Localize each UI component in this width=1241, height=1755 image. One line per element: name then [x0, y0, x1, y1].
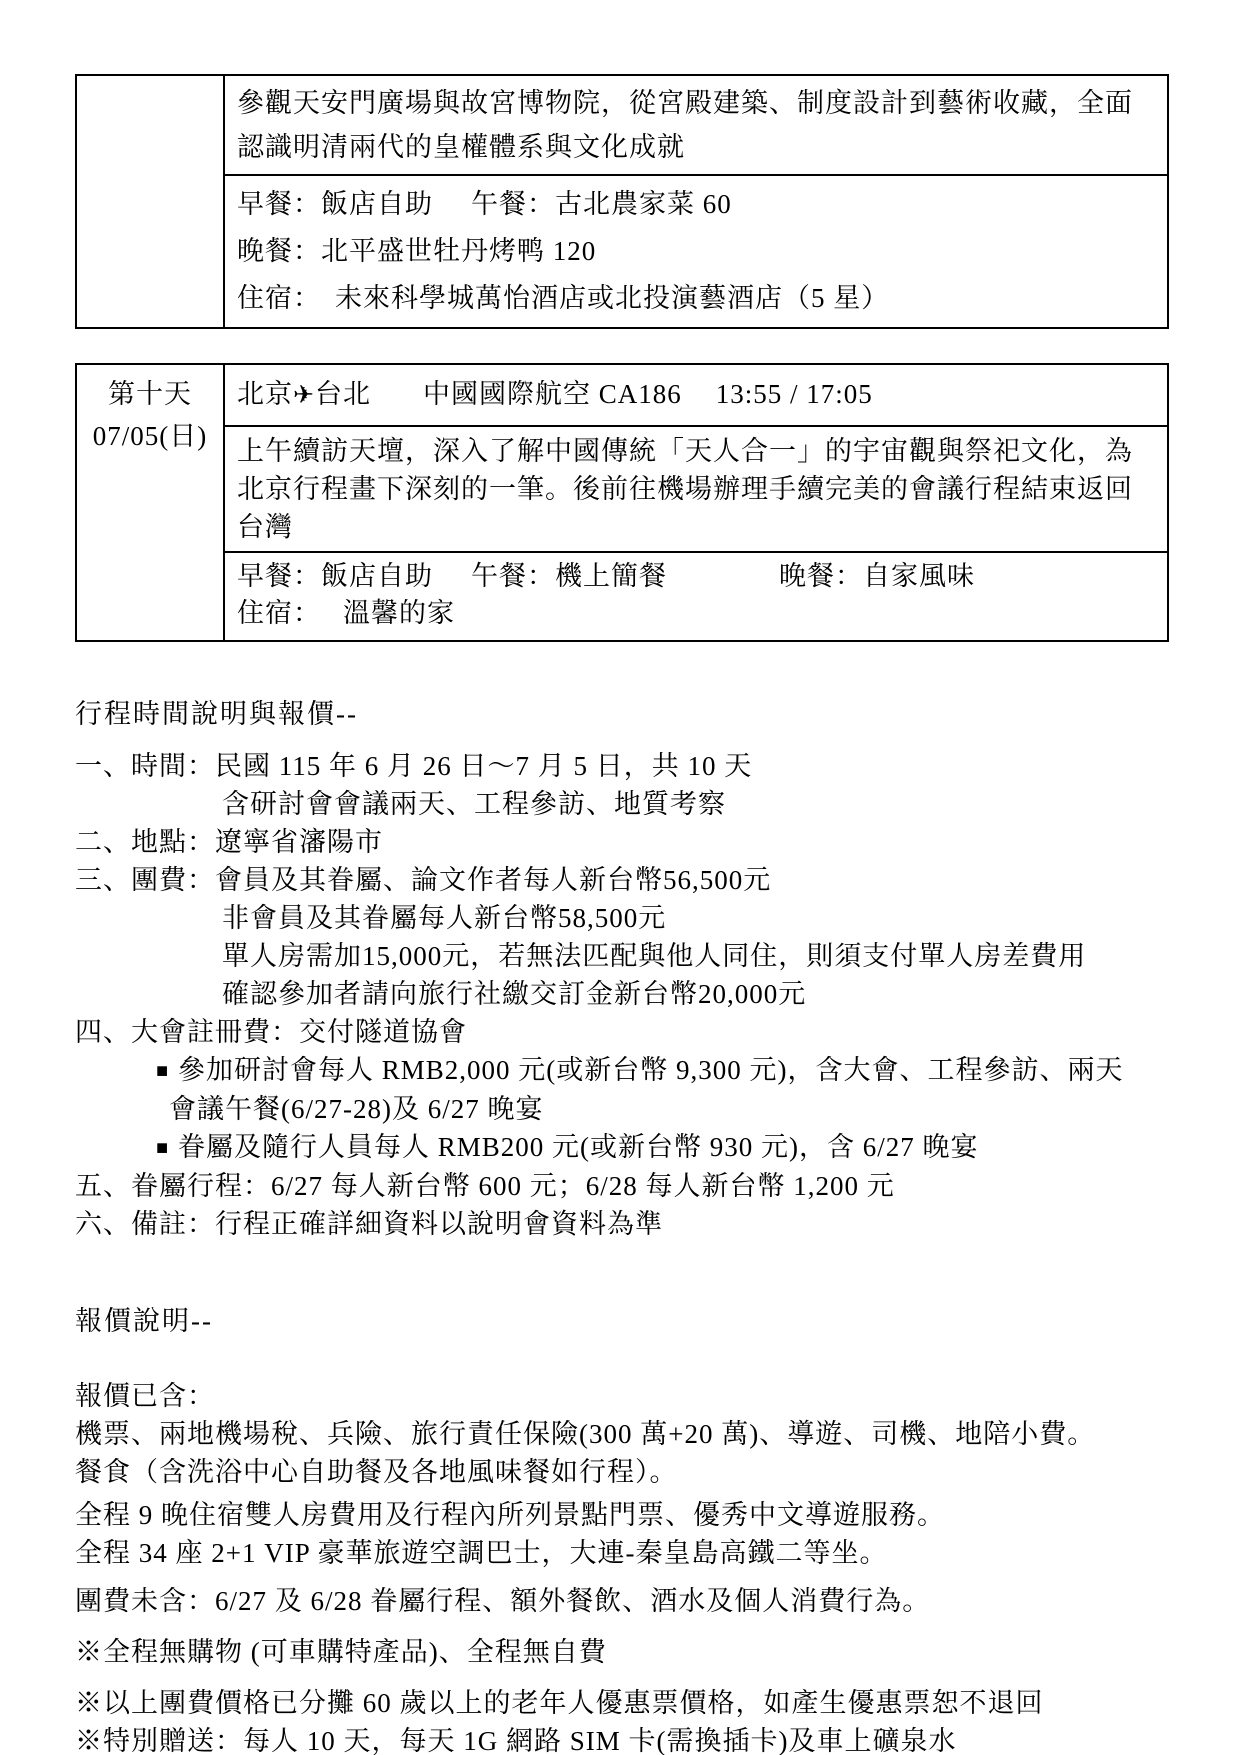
day9-meal-line-1: 早餐：飯店自助午餐：古北農家菜 60: [237, 181, 1155, 228]
day10-lodging-line: 住宿：溫馨的家: [237, 595, 1155, 632]
square-bullet-icon: ■: [156, 1129, 178, 1167]
trip-info-section: 行程時間說明與報價-- 一、時間：民國 115 年 6 月 26 日～7 月 5…: [75, 694, 1167, 1243]
trip-info-line-reg-family: ■眷屬及隨行人員每人 RMB200 元(或新台幣 930 元)，含 6/27 晚…: [156, 1128, 1167, 1167]
pricing-section: 報價說明-- 報價已含： 機票、兩地機場稅、兵險、旅行責任保險(300 萬+20…: [75, 1301, 1167, 1755]
pricing-included-title: 報價已含：: [75, 1377, 1167, 1415]
pricing-note-senior-discount: ※以上團費價格已分攤 60 歲以上的老年人優惠票價格，如產生優惠票恕不退回: [75, 1684, 1167, 1722]
day9-lodging-line: 住宿：未來科學城萬怡酒店或北投演藝酒店（5 星）: [237, 275, 1155, 322]
day9-meals-cell: 早餐：飯店自助午餐：古北農家菜 60 晚餐：北平盛世牡丹烤鸭 120 住宿：未來…: [224, 175, 1168, 328]
pricing-included-meals: 餐食（含洗浴中心自助餐及各地風味餐如行程）。: [75, 1453, 1167, 1491]
trip-info-line-time-sub: 含研討會會議兩天、工程參訪、地質考察: [222, 785, 1167, 823]
flight-airline: 中國國際航空 CA186: [423, 379, 682, 409]
trip-info-line-registration: 四、大會註冊費：交付隧道協會: [75, 1013, 1167, 1051]
trip-info-line-reg-attendee: ■參加研討會每人 RMB2,000 元(或新台幣 9,300 元)，含大會、工程…: [156, 1051, 1167, 1090]
trip-info-line-fee-single: 單人房需加15,000元，若無法匹配與他人同住，則須支付單人房差費用: [222, 937, 1167, 975]
flight-times: 13:55 / 17:05: [716, 379, 873, 409]
square-bullet-icon: ■: [156, 1052, 178, 1090]
reg-attendee-text: 參加研討會每人 RMB2,000 元(或新台幣 9,300 元)，含大會、工程參…: [178, 1055, 1124, 1085]
day9-description-text: 參觀天安門廣場與故宮博物院，從宮殿建築、制度設計到藝術收藏，全面認識明清兩代的皇…: [237, 88, 1133, 162]
trip-info-line-reg-attendee-cont: 會議午餐(6/27-28)及 6/27 晚宴: [169, 1090, 1167, 1128]
day10-meal-line: 早餐：飯店自助午餐：機上簡餐晚餐：自家風味: [237, 558, 1155, 595]
day9-lodging-label: 住宿：: [237, 283, 321, 313]
day9-lunch: 午餐：古北農家菜 60: [471, 189, 732, 219]
trip-info-line-time: 一、時間：民國 115 年 6 月 26 日～7 月 5 日，共 10 天: [75, 747, 1167, 785]
day10-day-date: 07/05(日): [77, 415, 223, 457]
day10-day-cell: 第十天 07/05(日): [76, 364, 224, 641]
pricing-included-flights: 機票、兩地機場稅、兵險、旅行責任保險(300 萬+20 萬)、導遊、司機、地陪小…: [75, 1415, 1167, 1453]
pricing-heading: 報價說明--: [75, 1301, 1167, 1341]
day10-dinner: 晚餐：自家風味: [779, 561, 975, 591]
reg-family-text: 眷屬及隨行人員每人 RMB200 元(或新台幣 930 元)，含 6/27 晚宴: [178, 1132, 979, 1162]
day10-description-text: 上午續訪天壇，深入了解中國傳統「天人合一」的宇宙觀與祭祀文化，為北京行程畫下深刻…: [237, 436, 1133, 542]
day9-day-cell: [76, 75, 224, 328]
day10-lunch: 午餐：機上簡餐: [471, 561, 667, 591]
day10-lodging-value: 溫馨的家: [343, 598, 455, 628]
trip-info-heading: 行程時間說明與報價--: [75, 694, 1167, 734]
pricing-included-hotel: 全程 9 晚住宿雙人房費用及行程內所列景點門票、優秀中文導遊服務。: [75, 1496, 1167, 1534]
day10-flight-cell: 北京✈台北中國國際航空 CA18613:55 / 17:05: [224, 364, 1168, 426]
day10-day-number: 第十天: [77, 373, 223, 415]
trip-info-line-location: 二、地點：遼寧省瀋陽市: [75, 823, 1167, 861]
pricing-note-gift: ※特別贈送：每人 10 天，每天 1G 網路 SIM 卡(需換插卡)及車上礦泉水: [75, 1722, 1167, 1755]
trip-info-line-fee-deposit: 確認參加者請向旅行社繳交訂金新台幣20,000元: [222, 975, 1167, 1013]
itinerary-table-day10: 第十天 07/05(日) 北京✈台北中國國際航空 CA18613:55 / 17…: [75, 363, 1169, 642]
pricing-note-no-shopping: ※全程無購物 (可車購特產品)、全程無自費: [75, 1633, 1167, 1671]
day9-description-cell: 參觀天安門廣場與故宮博物院，從宮殿建築、制度設計到藝術收藏，全面認識明清兩代的皇…: [224, 75, 1168, 175]
flight-to: 台北: [315, 379, 371, 409]
day10-breakfast: 早餐：飯店自助: [237, 561, 433, 591]
day9-meal-line-2: 晚餐：北平盛世牡丹烤鸭 120: [237, 228, 1155, 275]
day10-description-cell: 上午續訪天壇，深入了解中國傳統「天人合一」的宇宙觀與祭祀文化，為北京行程畫下深刻…: [224, 426, 1168, 552]
trip-info-line-family-tour: 五、眷屬行程：6/27 每人新台幣 600 元；6/28 每人新台幣 1,200…: [75, 1167, 1167, 1205]
day9-lodging-value: 未來科學城萬怡酒店或北投演藝酒店（5 星）: [335, 283, 889, 313]
pricing-excluded: 團費未含：6/27 及 6/28 眷屬行程、額外餐飲、酒水及個人消費行為。: [75, 1582, 1167, 1620]
pricing-included-bus: 全程 34 座 2+1 VIP 豪華旅遊空調巴士，大連-秦皇島高鐵二等坐。: [75, 1534, 1167, 1572]
day9-breakfast: 早餐：飯店自助: [237, 189, 433, 219]
trip-info-line-fee-nonmember: 非會員及其眷屬每人新台幣58,500元: [222, 899, 1167, 937]
itinerary-table-day9: 參觀天安門廣場與故宮博物院，從宮殿建築、制度設計到藝術收藏，全面認識明清兩代的皇…: [75, 74, 1169, 329]
day10-meals-cell: 早餐：飯店自助午餐：機上簡餐晚餐：自家風味 住宿：溫馨的家: [224, 552, 1168, 641]
flight-from: 北京: [237, 379, 293, 409]
day9-dinner: 晚餐：北平盛世牡丹烤鸭 120: [237, 236, 596, 266]
trip-info-line-fee: 三、團費：會員及其眷屬、論文作者每人新台幣56,500元: [75, 861, 1167, 899]
document-page: 參觀天安門廣場與故宮博物院，從宮殿建築、制度設計到藝術收藏，全面認識明清兩代的皇…: [0, 0, 1241, 1755]
airplane-icon: ✈: [293, 382, 315, 409]
table-spacer: [75, 329, 1167, 363]
trip-info-line-remark: 六、備註：行程正確詳細資料以說明會資料為準: [75, 1205, 1167, 1243]
day10-lodging-label: 住宿：: [237, 598, 321, 628]
